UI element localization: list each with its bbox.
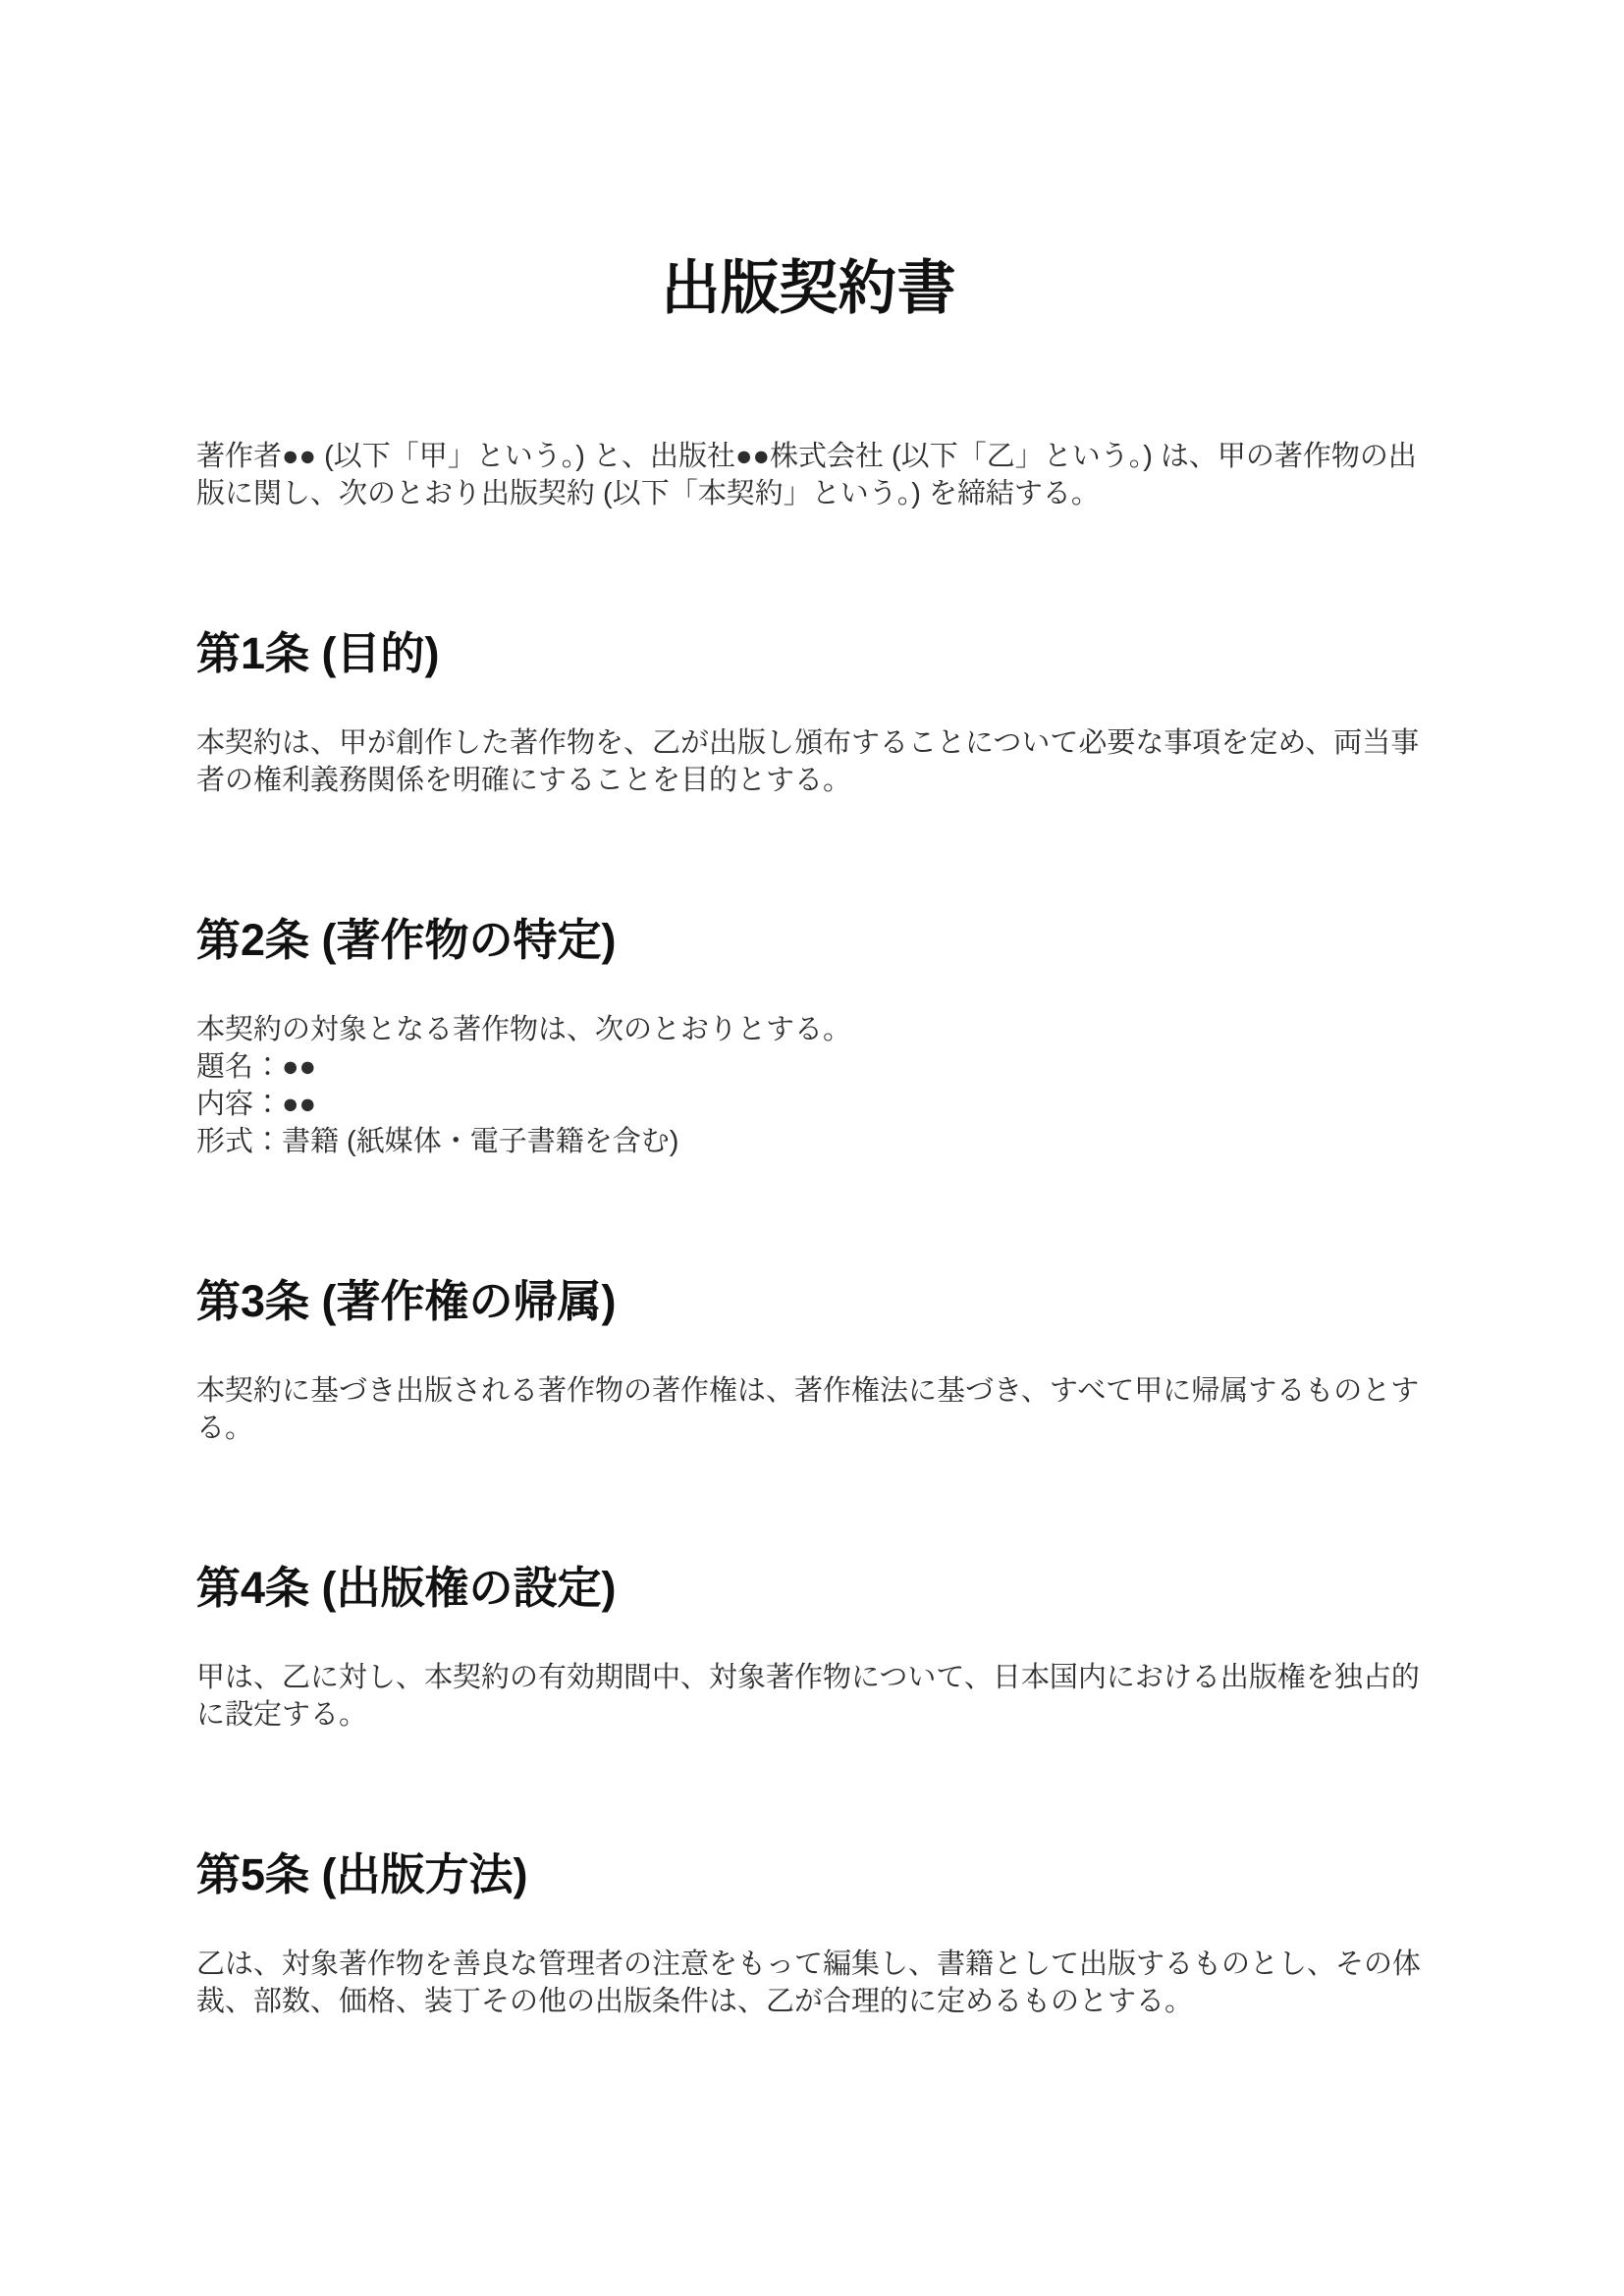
section-heading-article-5: 第5条 (出版方法): [196, 1847, 1421, 1902]
section-heading-article-2: 第2条 (著作物の特定): [196, 913, 1421, 968]
paragraph-line: 乙は、対象著作物を善良な管理者の注意をもって編集し、書籍として出版するものとし、…: [196, 1946, 1421, 2020]
work-content-line: 内容：●●: [196, 1086, 1421, 1123]
section-heading-article-4: 第4条 (出版権の設定): [196, 1561, 1421, 1616]
work-format-line: 形式：書籍 (紙媒体・電子書籍を含む): [196, 1123, 1421, 1160]
section-article-1: 第1条 (目的) 本契約は、甲が創作した著作物を、乙が出版し頒布することについて…: [196, 626, 1421, 799]
section-body-article-3: 本契約に基づき出版される著作物の著作権は、著作権法に基づき、すべて甲に帰属するも…: [196, 1372, 1421, 1447]
section-article-2: 第2条 (著作物の特定) 本契約の対象となる著作物は、次のとおりとする。 題名：…: [196, 913, 1421, 1160]
section-heading-article-1: 第1条 (目的): [196, 626, 1421, 681]
work-title-line: 題名：●●: [196, 1048, 1421, 1086]
contract-document: 出版契約書 著作者●● (以下「甲」という。) と、出版社●●株式会社 (以下「…: [0, 0, 1624, 2020]
section-heading-article-3: 第3条 (著作権の帰属): [196, 1274, 1421, 1329]
section-article-4: 第4条 (出版権の設定) 甲は、乙に対し、本契約の有効期間中、対象著作物について…: [196, 1561, 1421, 1734]
section-body-article-4: 甲は、乙に対し、本契約の有効期間中、対象著作物について、日本国内における出版権を…: [196, 1659, 1421, 1734]
section-article-3: 第3条 (著作権の帰属) 本契約に基づき出版される著作物の著作権は、著作権法に基…: [196, 1274, 1421, 1447]
page: { "page": { "background_color": "#ffffff…: [0, 0, 1624, 2296]
paragraph-line: 本契約は、甲が創作した著作物を、乙が出版し頒布することについて必要な事項を定め、…: [196, 724, 1421, 799]
intro-paragraph: 著作者●● (以下「甲」という。) と、出版社●●株式会社 (以下「乙」という。…: [196, 438, 1421, 512]
paragraph-line: 本契約に基づき出版される著作物の著作権は、著作権法に基づき、すべて甲に帰属するも…: [196, 1372, 1421, 1447]
section-body-article-2: 本契約の対象となる著作物は、次のとおりとする。 題名：●● 内容：●● 形式：書…: [196, 1011, 1421, 1160]
document-title: 出版契約書: [196, 253, 1421, 324]
paragraph-line: 甲は、乙に対し、本契約の有効期間中、対象著作物について、日本国内における出版権を…: [196, 1659, 1421, 1734]
section-article-5: 第5条 (出版方法) 乙は、対象著作物を善良な管理者の注意をもって編集し、書籍と…: [196, 1847, 1421, 2020]
paragraph-line: 本契約の対象となる著作物は、次のとおりとする。: [196, 1011, 1421, 1048]
section-body-article-1: 本契約は、甲が創作した著作物を、乙が出版し頒布することについて必要な事項を定め、…: [196, 724, 1421, 799]
section-body-article-5: 乙は、対象著作物を善良な管理者の注意をもって編集し、書籍として出版するものとし、…: [196, 1946, 1421, 2020]
